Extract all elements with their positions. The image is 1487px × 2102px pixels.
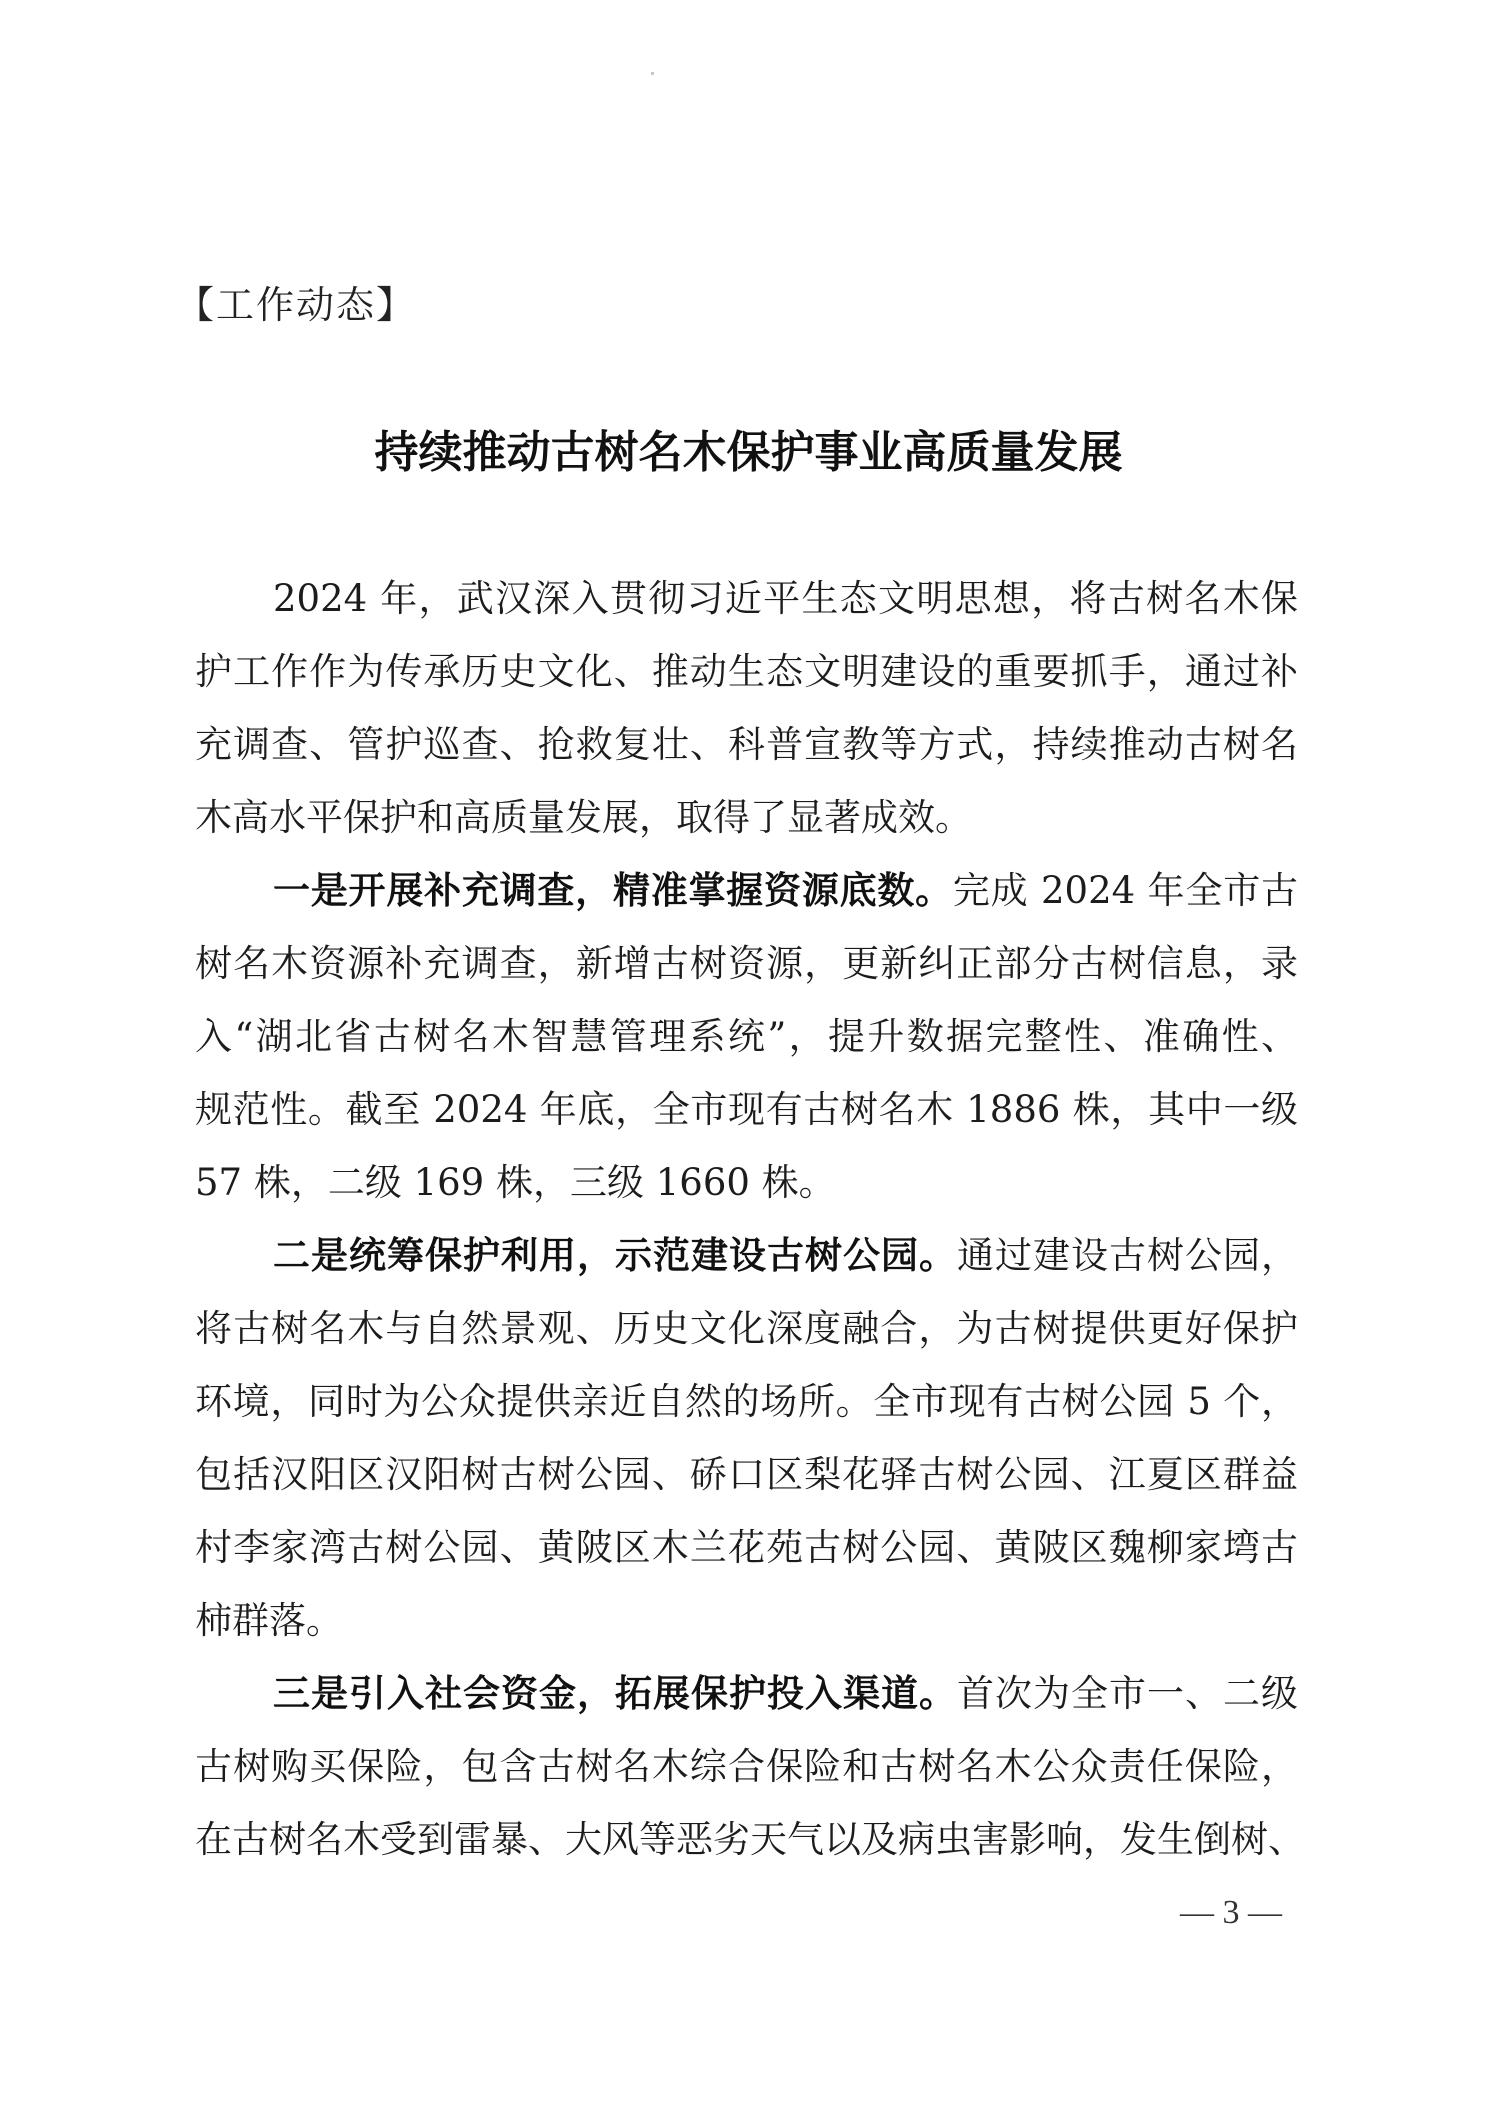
paragraph-1-line-3: 充调查、管护巡查、抢救复壮、科普宣教等方式，持续推动古树名: [195, 708, 1298, 781]
page-number: — 3 —: [1180, 1890, 1282, 1936]
paragraph-2-line-2: 树名木资源补充调查，新增古树资源，更新纠正部分古树信息，录: [195, 927, 1298, 1000]
paragraph-3-line-6: 柿群落。: [195, 1584, 1298, 1657]
paragraph-2-line-3: 入“湖北省古树名木智慧管理系统”，提升数据完整性、准确性、: [195, 1000, 1298, 1073]
paragraph-4-line-2: 古树购买保险，包含古树名木综合保险和古树名木公众责任保险，: [195, 1730, 1298, 1803]
paragraph-2-line-1-text: 完成 2024 年全市古: [953, 869, 1298, 912]
scan-speck: [651, 72, 654, 75]
paragraph-2-lead: 一是开展补充调查，精准掌握资源底数。: [273, 868, 953, 912]
paragraph-4-line-3: 在古树名木受到雷暴、大风等恶劣天气以及病虫害影响，发生倒树、: [195, 1803, 1298, 1876]
paragraph-2-line-4: 规范性。截至 2024 年底，全市现有古树名木 1886 株，其中一级: [195, 1073, 1298, 1146]
paragraph-2-line-1: 一是开展补充调查，精准掌握资源底数。完成 2024 年全市古: [195, 854, 1298, 927]
paragraph-2-line-5: 57 株，二级 169 株，三级 1660 株。: [195, 1146, 1298, 1219]
paragraph-1-line-2: 护工作作为传承历史文化、推动生态文明建设的重要抓手，通过补: [195, 635, 1298, 708]
document-body: 2024 年，武汉深入贯彻习近平生态文明思想，将古树名木保 护工作作为传承历史文…: [195, 562, 1298, 1876]
paragraph-3-line-5: 村李家湾古树公园、黄陂区木兰花苑古树公园、黄陂区魏柳家塆古: [195, 1511, 1298, 1584]
paragraph-3-line-2: 将古树名木与自然景观、历史文化深度融合，为古树提供更好保护: [195, 1292, 1298, 1365]
paragraph-4-line-1-text: 首次为全市一、二级: [957, 1672, 1298, 1715]
paragraph-1-line-1: 2024 年，武汉深入贯彻习近平生态文明思想，将古树名木保: [195, 562, 1298, 635]
paragraph-4-lead: 三是引入社会资金，拓展保护投入渠道。: [273, 1671, 957, 1715]
document-title: 持续推动古树名木保护事业高质量发展: [0, 425, 1487, 481]
paragraph-3-line-1-text: 通过建设古树公园，: [957, 1234, 1298, 1277]
paragraph-3-line-1: 二是统筹保护利用，示范建设古树公园。通过建设古树公园，: [195, 1219, 1298, 1292]
paragraph-3-line-3: 环境，同时为公众提供亲近自然的场所。全市现有古树公园 5 个，: [195, 1365, 1298, 1438]
paragraph-1-line-4: 木高水平保护和高质量发展，取得了显著成效。: [195, 781, 1298, 854]
section-tag: 【工作动态】: [176, 282, 416, 328]
paragraph-4-line-1: 三是引入社会资金，拓展保护投入渠道。首次为全市一、二级: [195, 1657, 1298, 1730]
paragraph-3-lead: 二是统筹保护利用，示范建设古树公园。: [273, 1233, 957, 1277]
paragraph-3-line-4: 包括汉阳区汉阳树古树公园、硚口区梨花驿古树公园、江夏区群益: [195, 1438, 1298, 1511]
